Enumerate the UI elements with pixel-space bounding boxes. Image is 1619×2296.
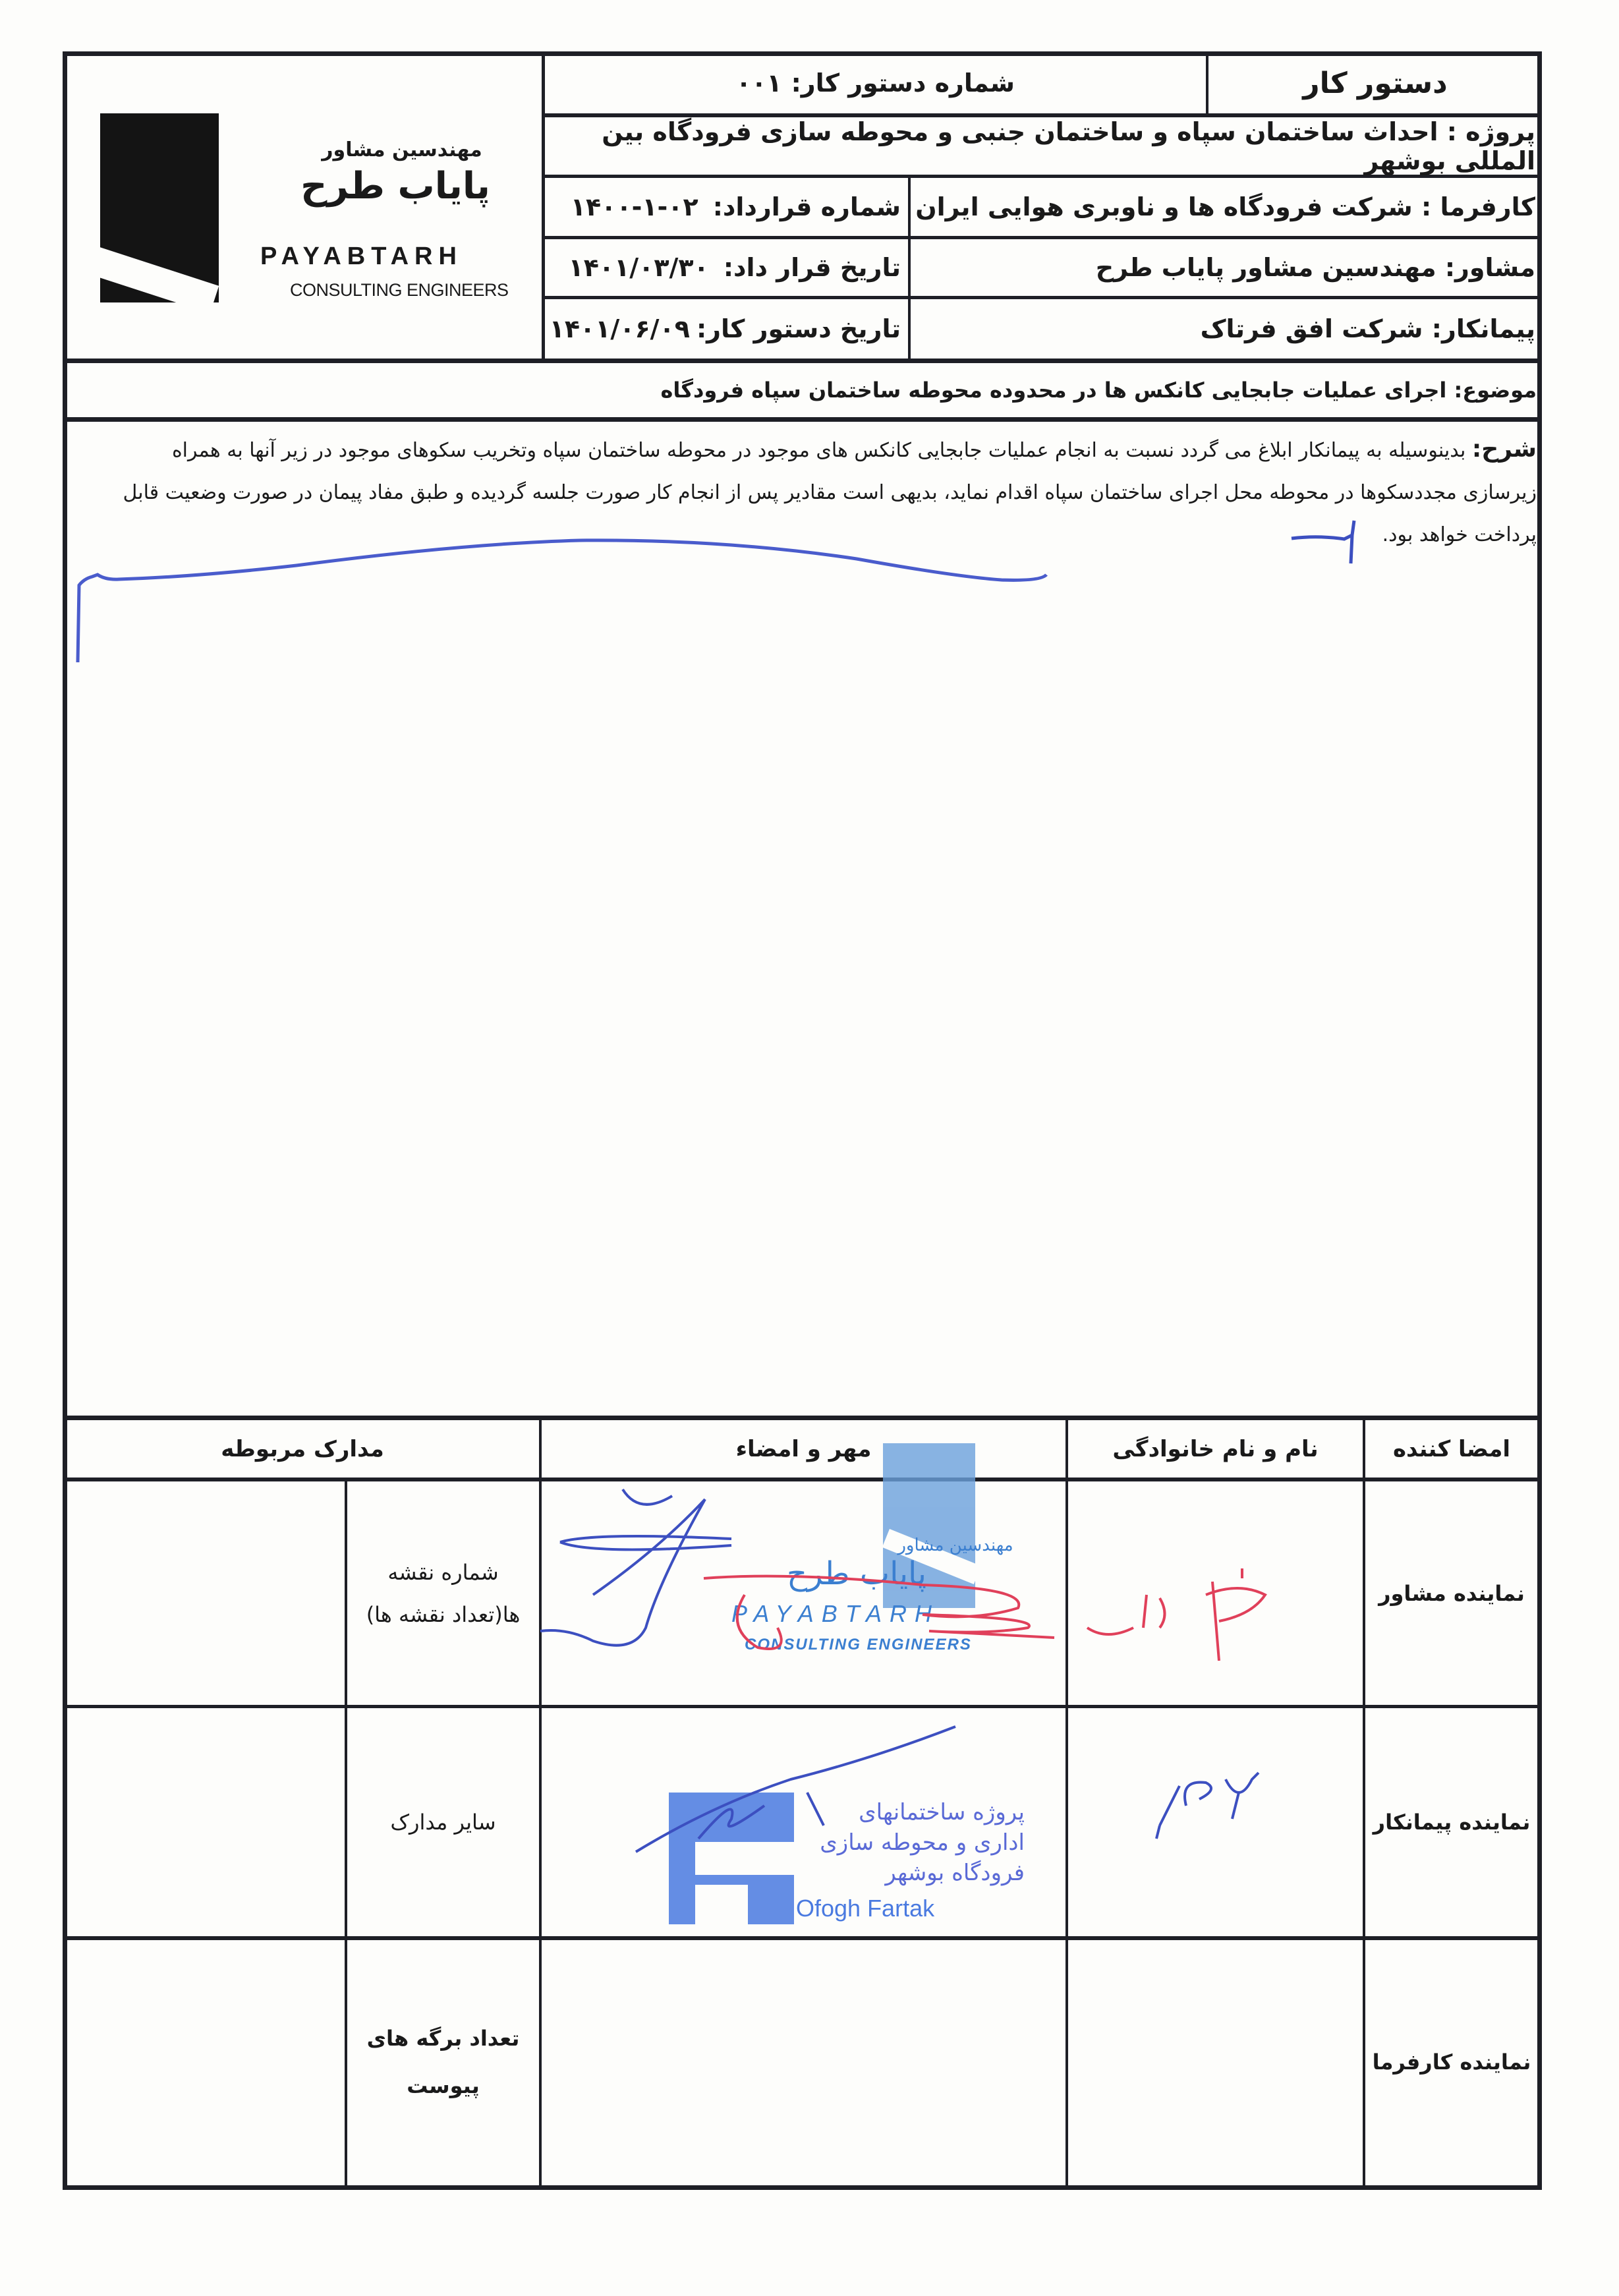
- signature-consultant-icon: [0, 0, 1619, 2296]
